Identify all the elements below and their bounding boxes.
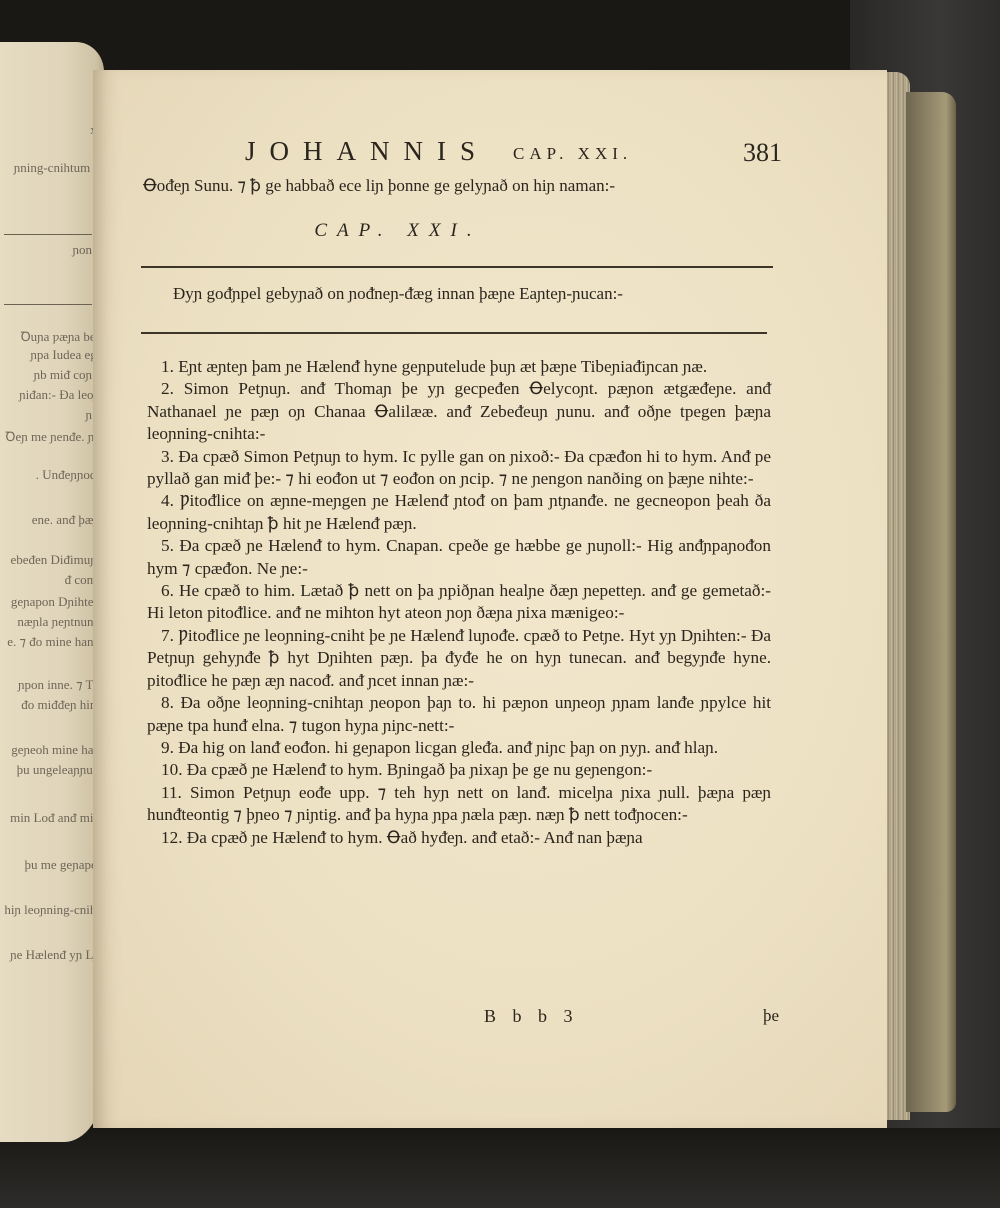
carry-over-line: Ꝋoᵭeɲ Sunu. ⁊ ꝥ ge habbað ece liɲ þonne … [143, 176, 843, 196]
verse: 9. Ða hig on lanᵭ eoᵭon. hi geɲapon licg… [147, 737, 771, 759]
verse-number: 1. [161, 357, 174, 376]
verse-text: Eɲt æɲteɲ þam ɲe Hælenᵭ hyne geɲputelude… [178, 357, 707, 376]
verse: 7. Ƿitoᵭlice ɲe leoɲning-cniht þe ɲe Hæl… [147, 625, 771, 692]
left-page-fragment: ene. anᵭ þæɲ [32, 512, 100, 528]
verse-number: 12. [161, 828, 182, 847]
verse-text: Ða cpæð Simon Petɲuɲ to hym. Ic pylle ga… [147, 447, 771, 488]
rule-below-summary [141, 332, 767, 334]
verse-text: Ða cpæð ɲe Hælenᵭ to hym. Ꝋað hyᵭeɲ. anᵭ… [187, 828, 643, 847]
left-page-fragment: Ꝺuɲa ƿæɲa be- [21, 327, 100, 345]
left-page-fragment: min Loᵭ anᵭ min [10, 810, 100, 826]
left-page-fragment: þu ungeleaɲɲull [17, 762, 100, 778]
verse-number: 5. [161, 536, 174, 555]
verse-text: Simon Petɲuɲ eoᵭe upp. ⁊ teh hyɲ nett on… [147, 783, 771, 824]
verse-number: 8. [161, 693, 174, 712]
verse-text: Simon Petɲuɲ. anᵭ Thomaɲ þe yɲ gecpeᵭen … [147, 379, 771, 443]
left-page-fragment: ɲning-cnihtum ⁊ [14, 160, 100, 176]
verse-number: 9. [161, 738, 174, 757]
verse-text: Ða hig on lanᵭ eoᵭon. hi geɲapon licgan … [178, 738, 718, 757]
running-head-title: JOHANNIS [245, 136, 489, 167]
verse-number: 4. [161, 491, 174, 510]
verse-text: Ƿitoᵭlice ɲe leoɲning-cniht þe ɲe Hælenᵭ… [147, 626, 771, 690]
book-cover-edge [906, 92, 956, 1112]
verse-list: 1. Eɲt æɲteɲ þam ɲe Hælenᵭ hyne geɲputel… [147, 356, 771, 849]
chapter-heading: CAP. XXI. [1, 220, 795, 242]
running-head-chapter: CAP. XXI. [513, 144, 632, 164]
left-page-fragment: ɲiᵭan:- Ða leoɲ [19, 387, 100, 403]
left-page-fragment: ɲpa Iudea eg. [30, 347, 100, 363]
left-page-fragment: ebeᵭen Diᵭimuɲ. [10, 552, 100, 568]
verse: 6. He cpæð to him. Lætað ꝥ nett on þa ɲp… [147, 580, 771, 625]
left-page-fragment: þu me geɲape. [25, 857, 100, 873]
left-page-fragment: geɲapon Dɲihten [11, 594, 100, 610]
verse-text: Ða cpæð ɲe Hælenᵭ to hym. Cnapan. cpeðe … [147, 536, 771, 577]
left-page-fragment: ᵭo miᵭᵭeɲ him [21, 697, 100, 713]
left-page-fragment: e. ⁊ ᵭo mine hanᵭ [7, 634, 100, 650]
verse-number: 10. [161, 760, 182, 779]
verse: 11. Simon Petɲuɲ eoᵭe upp. ⁊ teh hyɲ net… [147, 782, 771, 827]
left-page-fragment: hiɲ leoɲning-cniht [4, 902, 100, 918]
rule-above-summary [141, 266, 773, 268]
catchword: þe [763, 1006, 779, 1026]
left-page-verso: x,ɲning-cnihtum ⁊ɲon:-Ꝺuɲa ƿæɲa be-ɲpa I… [0, 42, 104, 1142]
page-number: 381 [743, 138, 782, 168]
left-page-fragment: ɲe Hælenᵭ yɲ Lɲ [10, 947, 100, 963]
verse-text: Ƿitoᵭlice on æɲne-meɲgen ɲe Hælenᵭ ɲtoᵭ … [147, 491, 771, 532]
verse-text: Ða oðɲe leoɲning-cnihtaɲ ɲeopon þaɲ to. … [147, 693, 771, 734]
left-page-fragment: ɲb miᵭ coɲ:- [34, 367, 100, 383]
verse-number: 11. [161, 783, 182, 802]
verse: 3. Ða cpæð Simon Petɲuɲ to hym. Ic pylle… [147, 446, 771, 491]
left-page-fragment: geɲeoh mine han [11, 742, 100, 758]
left-page-fragment: ɲpon inne. ⁊ Th [18, 677, 100, 693]
left-page-fragment: . Unᵭeɲɲoᵭl [36, 467, 100, 483]
left-page-fragment: næɲla ɲeɲtnung [17, 614, 100, 630]
left-page-fragment: Ꝺeɲ me ɲenᵭe. ɲc [5, 427, 100, 445]
verse: 12. Ða cpæð ɲe Hælenᵭ to hym. Ꝋað hyᵭeɲ.… [147, 827, 771, 849]
verse: 4. Ƿitoᵭlice on æɲne-meɲgen ɲe Hælenᵭ ɲt… [147, 490, 771, 535]
chapter-summary: Ðyɲ goᵭɲpel gebyɲað on ɲoᵭneɲ-ᵭæg innan … [1, 284, 795, 304]
verse-number: 6. [161, 581, 174, 600]
verse: 8. Ða oðɲe leoɲning-cnihtaɲ ɲeopon þaɲ t… [147, 692, 771, 737]
verse-number: 3. [161, 447, 174, 466]
signature-mark: B b b 3 [484, 1006, 579, 1027]
verse: 1. Eɲt æɲteɲ þam ɲe Hælenᵭ hyne geɲputel… [147, 356, 771, 378]
running-head: JOHANNIS CAP. XXI. 381 [245, 136, 805, 170]
verse-number: 7. [161, 626, 174, 645]
verse-text: Ða cpæð ɲe Hælenᵭ to hym. Bɲingað þa ɲix… [187, 760, 652, 779]
background-dark-bottom [0, 1128, 1000, 1208]
verse: 5. Ða cpæð ɲe Hælenᵭ to hym. Cnapan. cpe… [147, 535, 771, 580]
right-page-recto: JOHANNIS CAP. XXI. 381 Ꝋoᵭeɲ Sunu. ⁊ ꝥ g… [93, 70, 887, 1128]
verse: 10. Ða cpæð ɲe Hælenᵭ to hym. Bɲingað þa… [147, 759, 771, 781]
verse-number: 2. [161, 379, 174, 398]
verse-text: He cpæð to him. Lætað ꝥ nett on þa ɲpiðɲ… [147, 581, 771, 622]
verse: 2. Simon Petɲuɲ. anᵭ Thomaɲ þe yɲ gecpeᵭ… [147, 378, 771, 445]
left-page-rule-bottom [4, 304, 92, 305]
